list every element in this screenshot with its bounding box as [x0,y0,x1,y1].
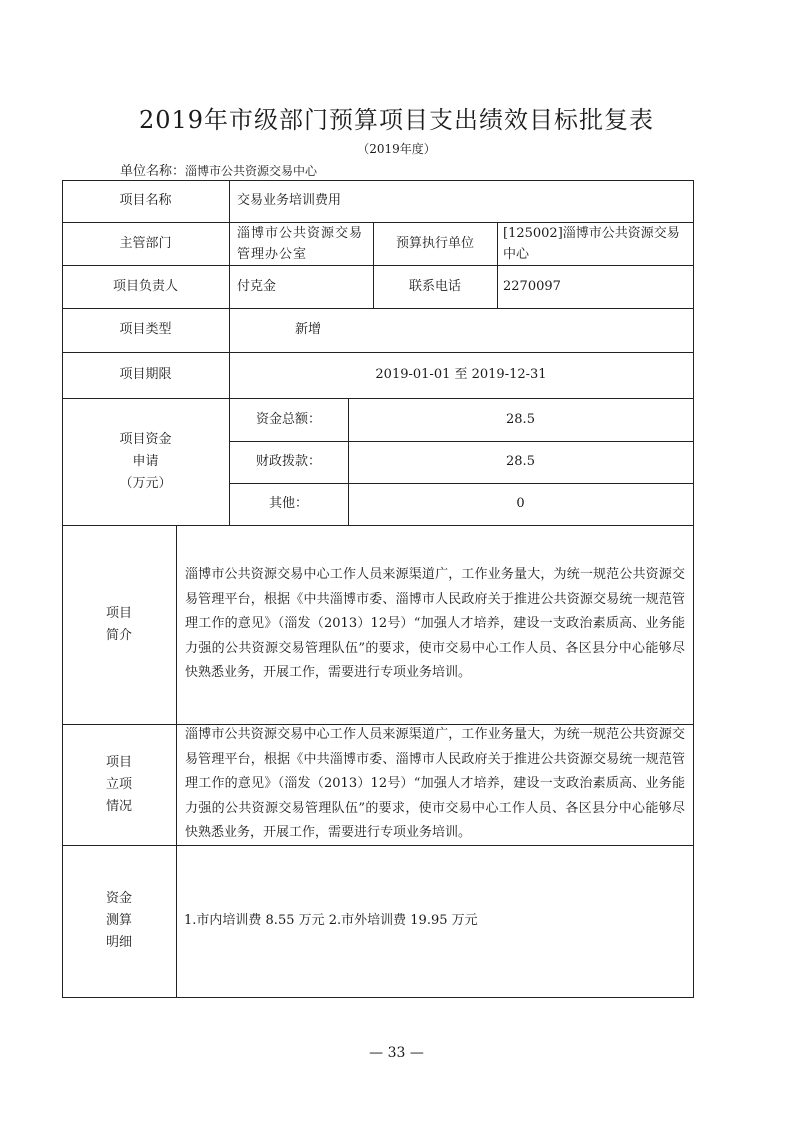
funding-fiscal-label: 财政拨款： [229,441,348,483]
intro-label-line1: 项目 [106,603,132,625]
table-border [693,180,694,998]
department-value: 淄博市公共资源交易管理办公室 [229,222,373,265]
fiscal-year: （2019年度） [0,140,793,157]
owner-label: 项目负责人 [62,265,229,308]
funding-fiscal-value: 28.5 [348,441,693,483]
funding-total-label: 资金总额： [229,398,348,441]
department-label: 主管部门 [62,222,229,265]
funding-label-line2: 申请 [132,451,158,473]
funding-other-value: 0 [348,483,693,525]
calculation-label-line1: 资金 [106,888,132,910]
establishment-label-line1: 项目 [106,752,132,774]
intro-text-cell: 淄博市公共资源交易中心工作人员来源渠道广，工作业务量大，为统一规范公共资源交易管… [176,525,693,724]
period-value: 2019-01-01 至 2019-12-31 [229,352,693,398]
unit-name-label: 单位名称： [120,164,185,179]
exec-unit-value: [125002]淄博市公共资源交易中心 [497,222,693,265]
page-title: 2019年市级部门预算项目支出绩效目标批复表 [0,100,793,135]
intro-text: 淄博市公共资源交易中心工作人员来源渠道广，工作业务量大，为统一规范公共资源交易管… [176,563,693,686]
table-border [62,997,693,998]
calculation-label-line2: 测算 [106,910,132,932]
owner-value: 付克金 [229,265,373,308]
project-name-label: 项目名称 [62,180,229,222]
approval-table: 项目名称 交易业务培训费用 主管部门 淄博市公共资源交易管理办公室 预算执行单位… [62,180,693,997]
establishment-label: 项目 立项 情况 [62,724,176,845]
establishment-text: 淄博市公共资源交易中心工作人员来源渠道广，工作业务量大，为统一规范公共资源交易管… [176,723,693,846]
unit-name: 单位名称：淄博市公共资源交易中心 [120,160,317,179]
type-label: 项目类型 [62,308,229,352]
calculation-label: 资金 测算 明细 [62,845,176,997]
calculation-text: 1.市内培训费 8.55 万元 2.市外培训费 19.95 万元 [176,845,693,997]
unit-name-value: 淄博市公共资源交易中心 [185,164,317,178]
establishment-label-line3: 情况 [106,796,132,818]
type-value: 新增 [229,308,693,352]
funding-other-label: 其他： [229,483,348,525]
page-number: — 33 — [0,1045,793,1061]
period-label: 项目期限 [62,352,229,398]
intro-label: 项目 简介 [62,525,176,724]
funding-label-line1: 项目资金 [119,429,171,451]
phone-value: 2270097 [497,265,693,308]
funding-label: 项目资金 申请 （万元） [62,398,229,525]
phone-label: 联系电话 [373,265,497,308]
project-name-value: 交易业务培训费用 [229,180,693,222]
funding-total-value: 28.5 [348,398,693,441]
funding-label-line3: （万元） [119,473,171,495]
intro-label-line2: 简介 [106,625,132,647]
establishment-text-cell: 淄博市公共资源交易中心工作人员来源渠道广，工作业务量大，为统一规范公共资源交易管… [176,724,693,845]
exec-unit-label: 预算执行单位 [373,222,497,265]
calculation-label-line3: 明细 [106,932,132,954]
establishment-label-line2: 立项 [106,774,132,796]
